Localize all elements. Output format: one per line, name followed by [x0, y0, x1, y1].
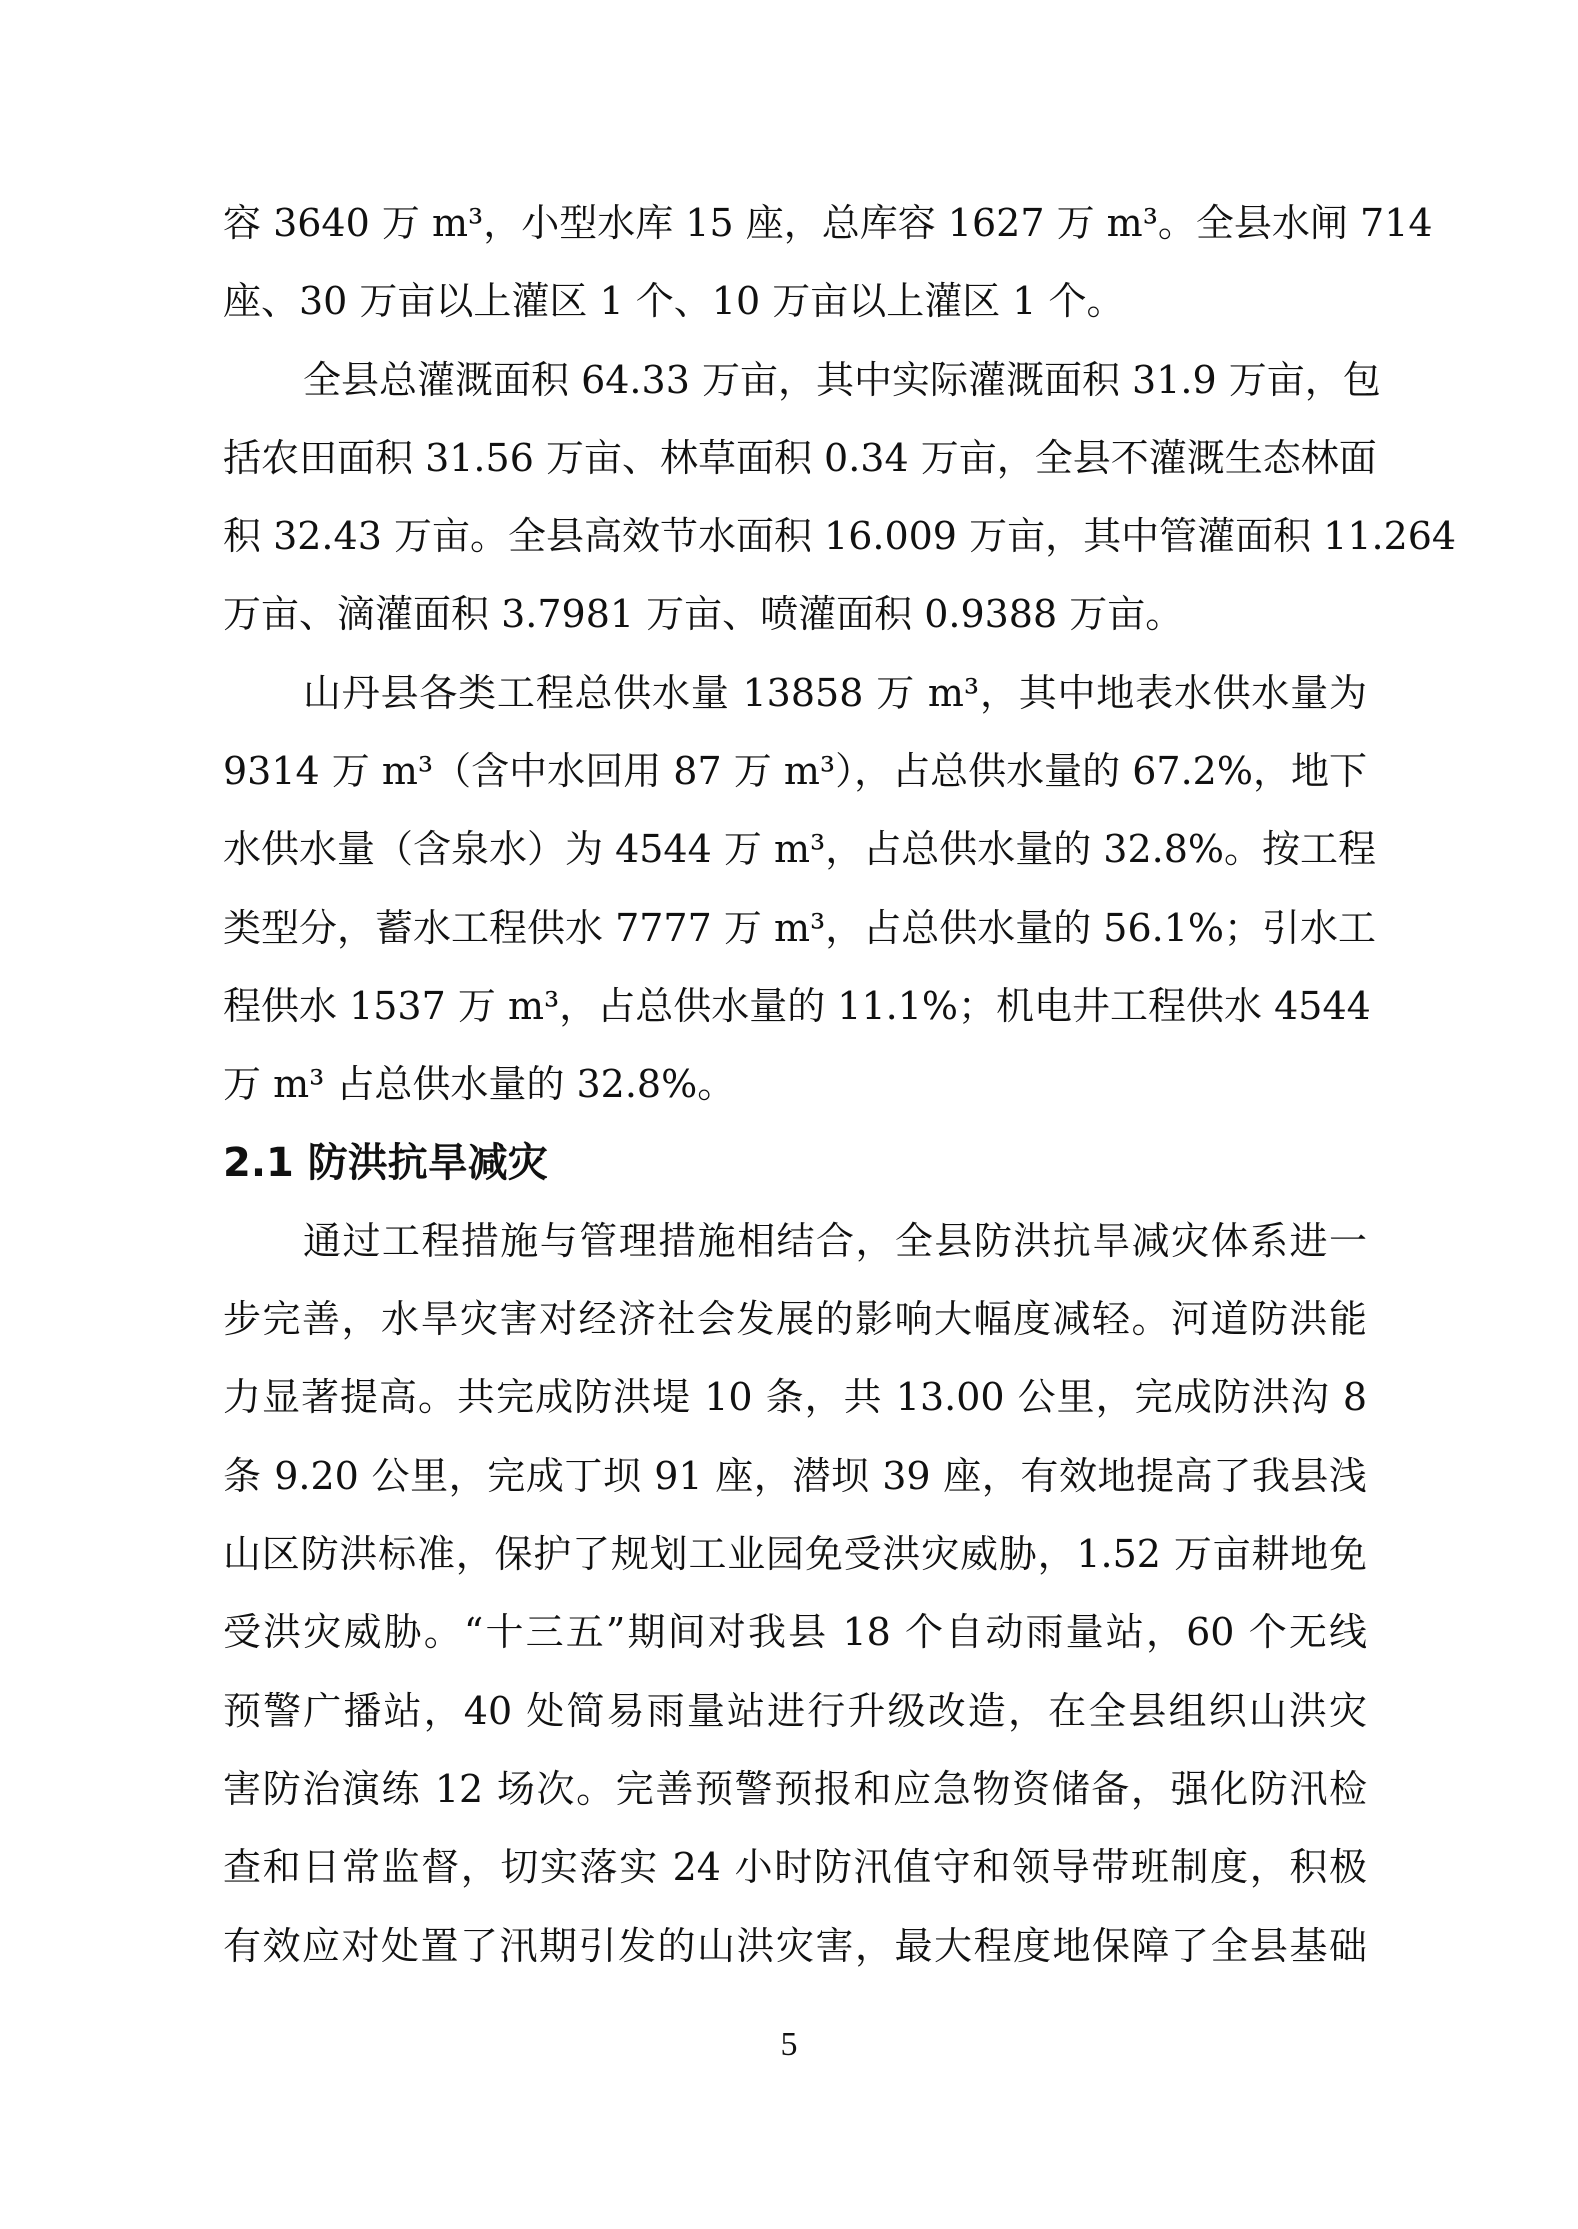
- text-line: 万亩、滴灌面积 3.7981 万亩、喷灌面积 0.9388 万亩。: [223, 575, 1367, 653]
- text-line: 类型分，蓄水工程供水 7777 万 m³，占总供水量的 56.1%；引水工: [223, 889, 1367, 967]
- paragraph-water-supply: 山丹县各类工程总供水量 13858 万 m³，其中地表水供水量为 9314 万 …: [223, 654, 1367, 1124]
- paragraph-reservoirs: 容 3640 万 m³，小型水库 15 座，总库容 1627 万 m³。全县水闸…: [223, 184, 1367, 341]
- text-line: 万 m³ 占总供水量的 32.8%。: [223, 1045, 1367, 1123]
- text-line: 查和日常监督，切实落实 24 小时防汛值守和领导带班制度，积极: [223, 1828, 1367, 1906]
- text-line: 全县总灌溉面积 64.33 万亩，其中实际灌溉面积 31.9 万亩，包: [223, 341, 1367, 419]
- text-line: 容 3640 万 m³，小型水库 15 座，总库容 1627 万 m³。全县水闸…: [223, 184, 1367, 262]
- text-line: 括农田面积 31.56 万亩、林草面积 0.34 万亩，全县不灌溉生态林面: [223, 419, 1367, 497]
- text-line: 通过工程措施与管理措施相结合，全县防洪抗旱减灾体系进一: [223, 1202, 1367, 1280]
- paragraph-irrigation: 全县总灌溉面积 64.33 万亩，其中实际灌溉面积 31.9 万亩，包 括农田面…: [223, 341, 1367, 654]
- text-line: 水供水量（含泉水）为 4544 万 m³，占总供水量的 32.8%。按工程: [223, 810, 1367, 888]
- text-line: 条 9.20 公里，完成丁坝 91 座，潜坝 39 座，有效地提高了我县浅: [223, 1437, 1367, 1515]
- text-line: 座、30 万亩以上灌区 1 个、10 万亩以上灌区 1 个。: [223, 262, 1367, 340]
- text-line: 受洪灾威胁。“十三五”期间对我县 18 个自动雨量站，60 个无线: [223, 1593, 1367, 1671]
- text-line: 预警广播站，40 处简易雨量站进行升级改造，在全县组织山洪灾: [223, 1672, 1367, 1750]
- page-number: 5: [0, 2026, 1578, 2064]
- paragraph-flood-control: 通过工程措施与管理措施相结合，全县防洪抗旱减灾体系进一 步完善，水旱灾害对经济社…: [223, 1202, 1367, 1985]
- text-line: 程供水 1537 万 m³，占总供水量的 11.1%；机电井工程供水 4544: [223, 967, 1367, 1045]
- text-line: 害防治演练 12 场次。完善预警预报和应急物资储备，强化防汛检: [223, 1750, 1367, 1828]
- section-heading: 2.1 防洪抗旱减灾: [223, 1124, 1367, 1202]
- text-line: 积 32.43 万亩。全县高效节水面积 16.009 万亩，其中管灌面积 11.…: [223, 497, 1367, 575]
- text-line: 力显著提高。共完成防洪堤 10 条，共 13.00 公里，完成防洪沟 8: [223, 1358, 1367, 1436]
- text-line: 山区防洪标准，保护了规划工业园免受洪灾威胁，1.52 万亩耕地免: [223, 1515, 1367, 1593]
- text-line: 山丹县各类工程总供水量 13858 万 m³，其中地表水供水量为: [223, 654, 1367, 732]
- text-line: 步完善，水旱灾害对经济社会发展的影响大幅度减轻。河道防洪能: [223, 1280, 1367, 1358]
- document-page: 容 3640 万 m³，小型水库 15 座，总库容 1627 万 m³。全县水闸…: [223, 184, 1367, 1985]
- text-line: 9314 万 m³（含中水回用 87 万 m³），占总供水量的 67.2%，地下: [223, 732, 1367, 810]
- text-line: 有效应对处置了汛期引发的山洪灾害，最大程度地保障了全县基础: [223, 1907, 1367, 1985]
